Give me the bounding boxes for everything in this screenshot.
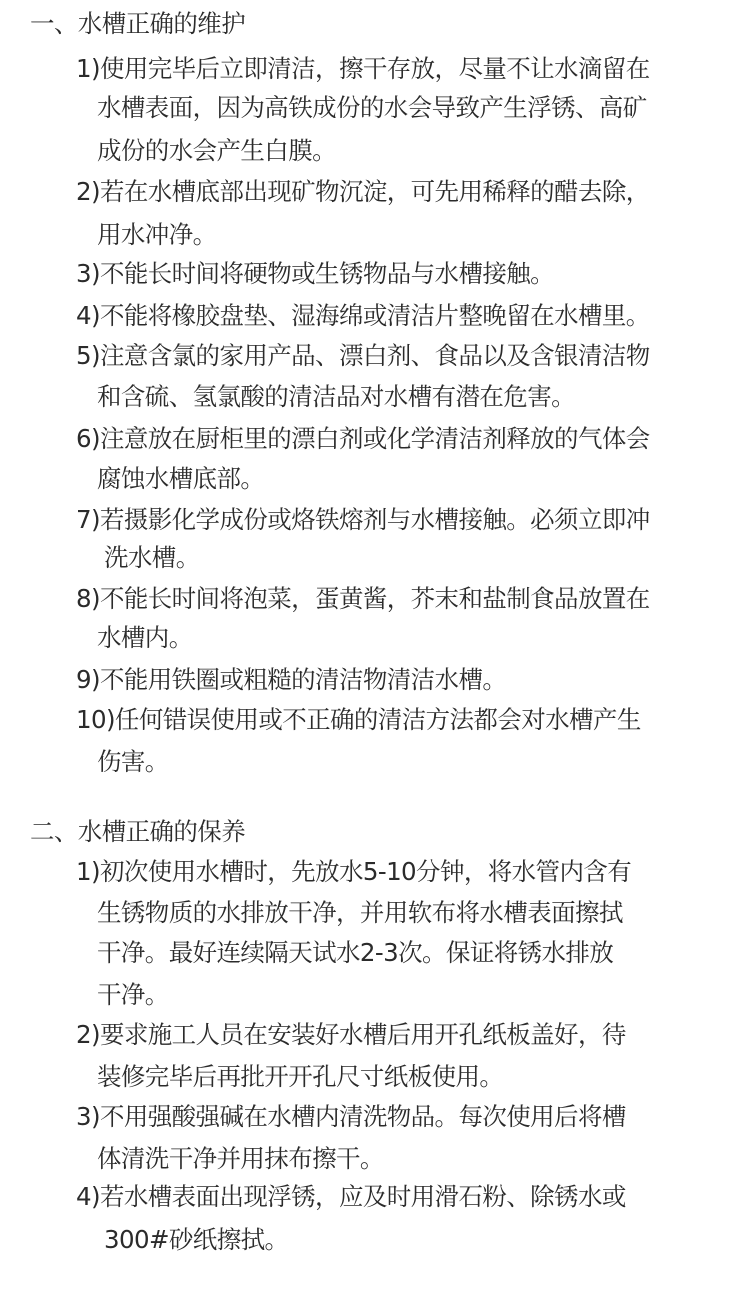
paragraph-line: 7)若摄影化学成份或烙铁熔剂与水槽接触。必须立即冲 bbox=[76, 504, 650, 536]
paragraph-line: 洗水槽。 bbox=[104, 542, 200, 574]
paragraph-line: 干净。最好连续隔天试水2-3次。保证将锈水排放 bbox=[97, 937, 613, 969]
paragraph-line: 用水冲净。 bbox=[97, 219, 217, 251]
paragraph-line: 水槽内。 bbox=[97, 622, 193, 654]
paragraph-line: 4)若水槽表面出现浮锈，应及时用滑石粉、除锈水或 bbox=[76, 1181, 626, 1213]
paragraph-line: 1)使用完毕后立即清洁，擦干存放，尽量不让水滴留在 bbox=[76, 53, 650, 85]
paragraph-line: 装修完毕后再批开开孔尺寸纸板使用。 bbox=[97, 1061, 503, 1093]
paragraph-line: 300#砂纸擦拭。 bbox=[104, 1224, 288, 1256]
paragraph-line: 9)不能用铁圈或粗糙的清洁物清洁水槽。 bbox=[76, 664, 506, 696]
paragraph-line: 和含硫、氢氯酸的清洁品对水槽有潜在危害。 bbox=[97, 381, 575, 413]
paragraph-line: 腐蚀水槽底部。 bbox=[97, 463, 264, 495]
paragraph-line: 4)不能将橡胶盘垫、湿海绵或清洁片整晚留在水槽里。 bbox=[76, 300, 650, 332]
paragraph-line: 2)要求施工人员在安装好水槽后用开孔纸板盖好，待 bbox=[76, 1019, 626, 1051]
paragraph-line: 2)若在水槽底部出现矿物沉淀，可先用稀释的醋去除， bbox=[76, 176, 650, 208]
paragraph-line: 1)初次使用水槽时，先放水5-10分钟，将水管内含有 bbox=[76, 856, 631, 888]
paragraph-line: 8)不能长时间将泡菜，蛋黄酱，芥末和盐制食品放置在 bbox=[76, 583, 650, 615]
paragraph-line: 成份的水会产生白膜。 bbox=[97, 135, 336, 167]
paragraph-line: 10)任何错误使用或不正确的清洁方法都会对水槽产生 bbox=[76, 704, 641, 736]
paragraph-line: 体清洗干净并用抹布擦干。 bbox=[97, 1143, 384, 1175]
paragraph-line: 3)不能长时间将硬物或生锈物品与水槽接触。 bbox=[76, 258, 554, 290]
paragraph-line: 5)注意含氯的家用产品、漂白剂、食品以及含银清洁物 bbox=[76, 340, 650, 372]
paragraph-line: 生锈物质的水排放干净，并用软布将水槽表面擦拭 bbox=[97, 897, 623, 929]
paragraph-line: 干净。 bbox=[97, 979, 169, 1011]
paragraph-line: 伤害。 bbox=[97, 746, 169, 778]
paragraph-line: 6)注意放在厨柜里的漂白剂或化学清洁剂释放的气体会 bbox=[76, 423, 650, 455]
paragraph-line: 3)不用强酸强碱在水槽内清洗物品。每次使用后将槽 bbox=[76, 1101, 626, 1133]
section-heading-maintenance: 一、水槽正确的维护 bbox=[30, 8, 245, 40]
paragraph-line: 水槽表面，因为高铁成份的水会导致产生浮锈、高矿 bbox=[97, 92, 647, 124]
section-heading-care: 二、水槽正确的保养 bbox=[30, 816, 245, 848]
